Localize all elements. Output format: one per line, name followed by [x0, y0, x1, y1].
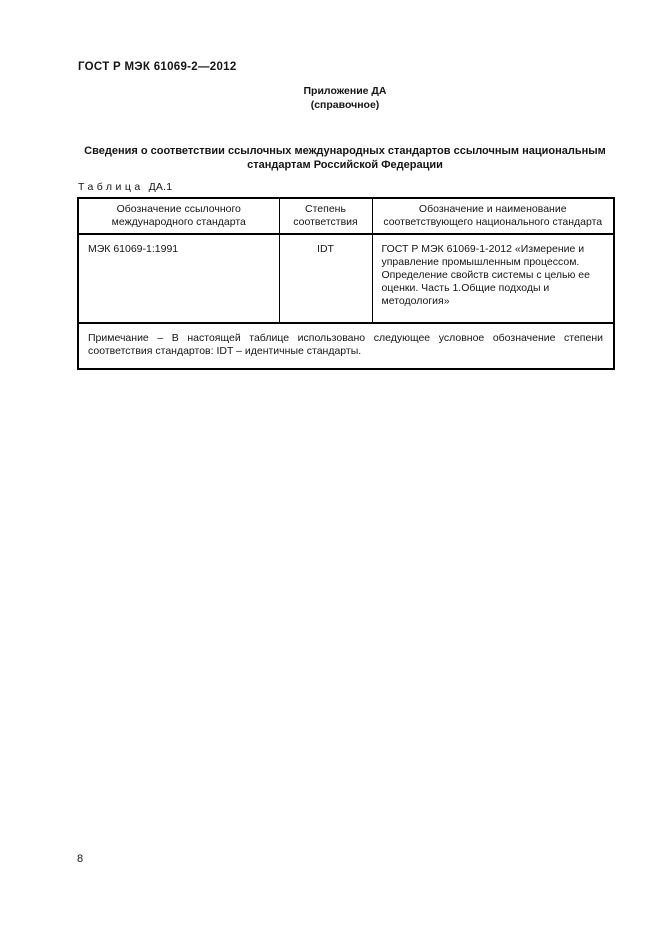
section-heading: Сведения о соответствии ссылочных междун…	[77, 145, 613, 172]
document-page: ГОСТ Р МЭК 61069-2—2012 Приложение ДА (с…	[0, 0, 661, 935]
table-note-row: Примечание – В настоящей таблице использ…	[78, 323, 614, 369]
table-header-row: Обозначение ссылочного международного ст…	[78, 198, 614, 234]
table-caption: Таблица ДА.1	[78, 181, 172, 194]
appendix-subtitle: (справочное)	[77, 99, 613, 112]
table-caption-number: ДА.1	[149, 181, 173, 193]
column-header-reference-standard: Обозначение ссылочного международного ст…	[78, 198, 279, 234]
cell-reference-standard: МЭК 61069-1:1991	[78, 234, 279, 323]
page-number: 8	[77, 853, 83, 865]
appendix-title: Приложение ДА	[77, 85, 613, 98]
table-row: МЭК 61069-1:1991 IDT ГОСТ Р МЭК 61069-1-…	[78, 234, 614, 323]
document-standard-code: ГОСТ Р МЭК 61069-2—2012	[78, 61, 237, 73]
table-caption-word: Таблица	[78, 181, 144, 193]
appendix-block: Приложение ДА (справочное)	[77, 85, 613, 112]
column-header-national-standard: Обозначение и наименование соответствующ…	[372, 198, 614, 234]
cell-degree: IDT	[279, 234, 372, 323]
cell-national-standard: ГОСТ Р МЭК 61069-1-2012 «Измерение и упр…	[372, 234, 614, 323]
column-header-degree: Степень соответствия	[279, 198, 372, 234]
table-note: Примечание – В настоящей таблице использ…	[78, 323, 614, 369]
correspondence-table: Обозначение ссылочного международного ст…	[77, 197, 615, 370]
